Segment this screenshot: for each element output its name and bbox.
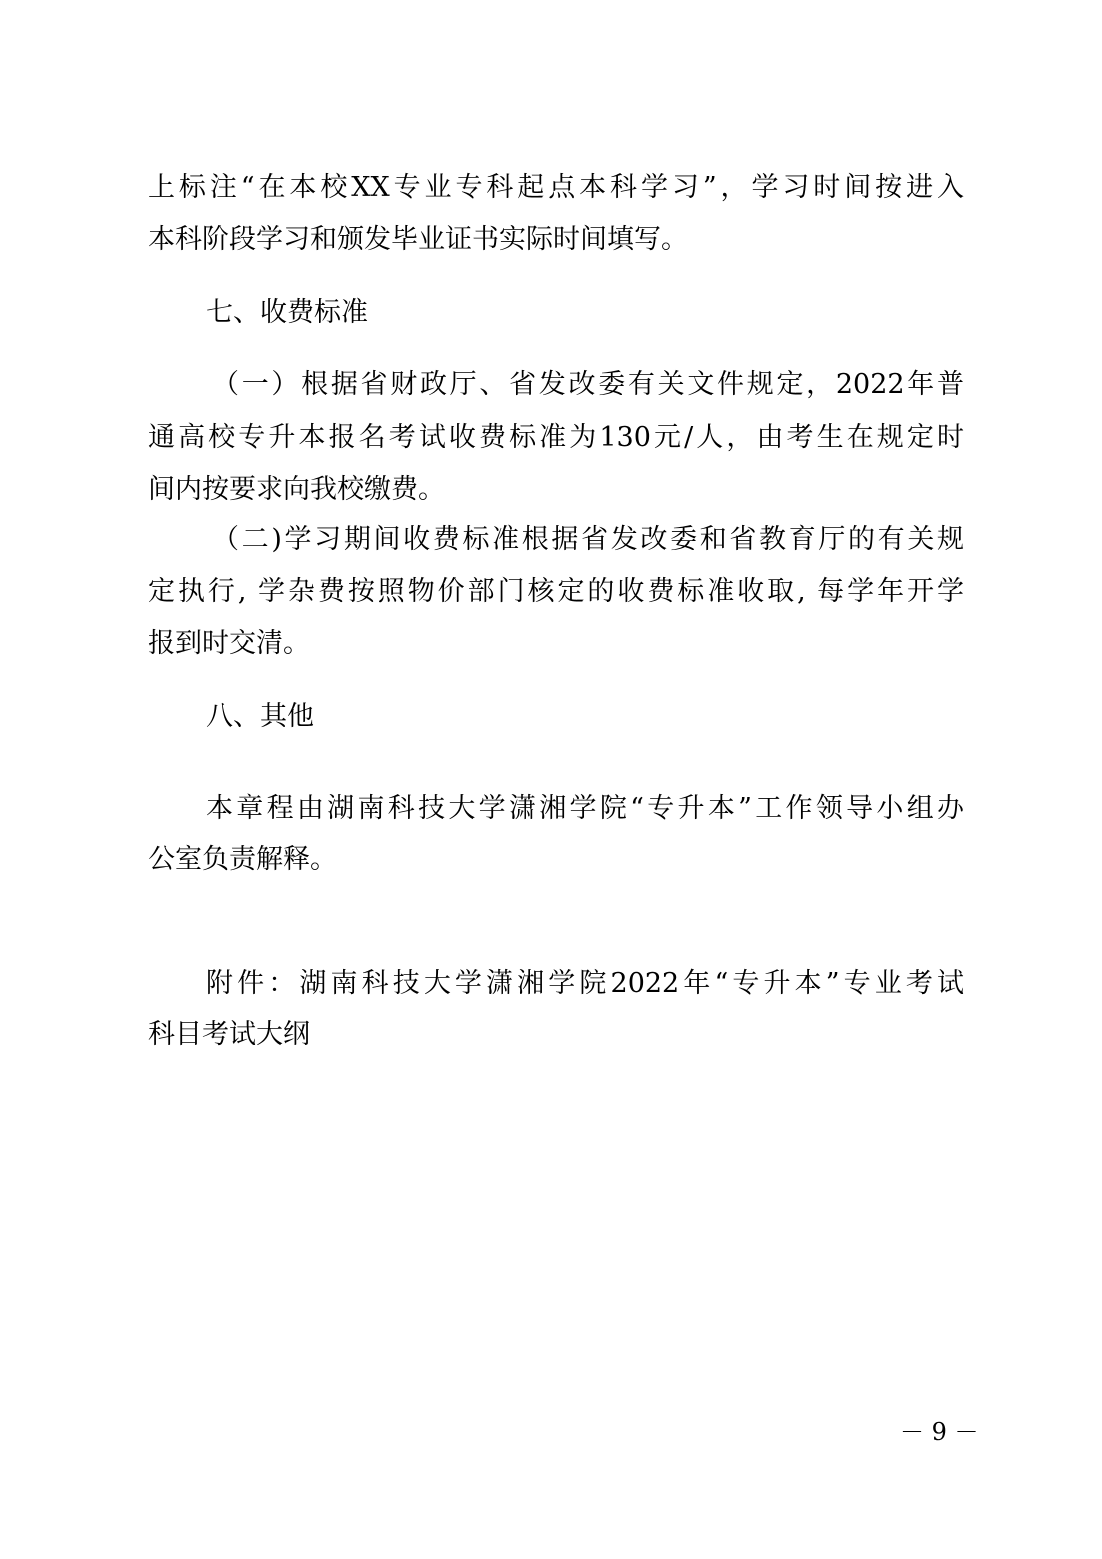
attachment-line: 科目考试大纲	[148, 1015, 964, 1055]
body-text-line: 公室负责解释。	[148, 840, 964, 880]
section-heading-fees: 七、收费标准	[206, 293, 368, 333]
body-text-line: 报到时交清。	[148, 624, 964, 664]
body-text-line: （二)学习期间收费标准根据省发改委和省教育厅的有关规	[212, 520, 964, 560]
body-text-line: 定执行, 学杂费按照物价部门核定的收费标准收取, 每学年开学	[148, 572, 964, 612]
body-text-line: 上标注“在本校XX专业专科起点本科学习”，学习时间按进入	[148, 168, 964, 208]
body-text-line: 通高校专升本报名考试收费标准为130元/人，由考生在规定时	[148, 418, 964, 458]
page-number: － 9 －	[900, 1416, 979, 1448]
attachment-line: 附件：湖南科技大学潇湘学院2022年“专升本”专业考试	[206, 964, 964, 1004]
body-text-line: （一）根据省财政厅、省发改委有关文件规定，2022年普	[212, 365, 964, 405]
body-text-line: 本章程由湖南科技大学潇湘学院“专升本”工作领导小组办	[206, 789, 964, 829]
body-text-line: 本科阶段学习和颁发毕业证书实际时间填写。	[148, 220, 964, 260]
section-heading-other: 八、其他	[206, 697, 314, 737]
body-text-line: 间内按要求向我校缴费。	[148, 470, 964, 510]
